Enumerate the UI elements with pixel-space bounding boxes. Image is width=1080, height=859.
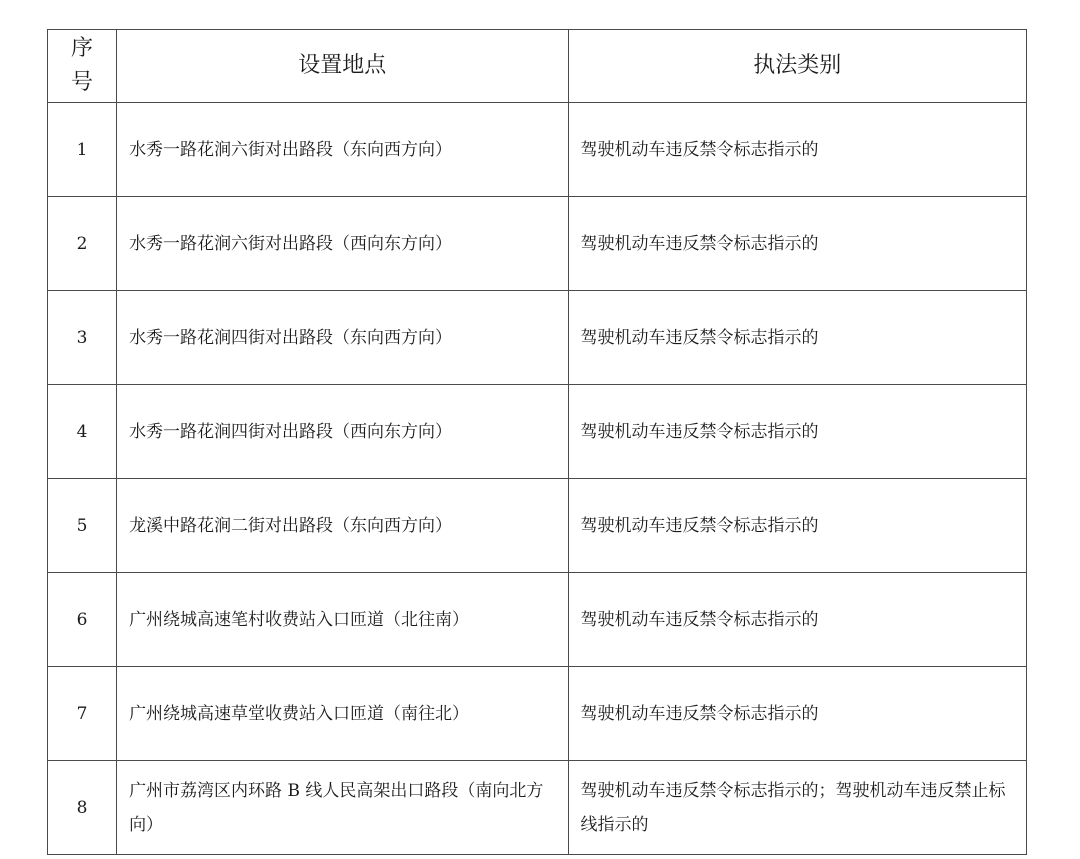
table-row: 8 广州市荔湾区内环路 B 线人民高架出口路段（南向北方向） 驾驶机动车违反禁令… [48, 761, 1027, 855]
row-location: 广州市荔湾区内环路 B 线人民高架出口路段（南向北方向） [117, 761, 568, 855]
header-index-line1: 序 [48, 32, 116, 66]
header-category: 执法类别 [568, 30, 1026, 103]
row-category: 驾驶机动车违反禁令标志指示的 [568, 103, 1026, 197]
header-index-line2: 号 [48, 66, 116, 100]
row-category: 驾驶机动车违反禁令标志指示的 [568, 291, 1026, 385]
table-row: 1 水秀一路花涧六街对出路段（东向西方向） 驾驶机动车违反禁令标志指示的 [48, 103, 1027, 197]
table-row: 6 广州绕城高速笔村收费站入口匝道（北往南） 驾驶机动车违反禁令标志指示的 [48, 573, 1027, 667]
row-category: 驾驶机动车违反禁令标志指示的 [568, 573, 1026, 667]
table-row: 3 水秀一路花涧四街对出路段（东向西方向） 驾驶机动车违反禁令标志指示的 [48, 291, 1027, 385]
header-location: 设置地点 [117, 30, 568, 103]
row-location: 水秀一路花涧六街对出路段（西向东方向） [117, 197, 568, 291]
row-category: 驾驶机动车违反禁令标志指示的；驾驶机动车违反禁止标线指示的 [568, 761, 1026, 855]
row-index: 3 [48, 291, 117, 385]
row-index: 6 [48, 573, 117, 667]
row-category: 驾驶机动车违反禁令标志指示的 [568, 385, 1026, 479]
row-index: 5 [48, 479, 117, 573]
enforcement-locations-table: 序 号 设置地点 执法类别 1 水秀一路花涧六街对出路段（东向西方向） 驾驶机动… [47, 29, 1027, 855]
table-row: 2 水秀一路花涧六街对出路段（西向东方向） 驾驶机动车违反禁令标志指示的 [48, 197, 1027, 291]
row-index: 2 [48, 197, 117, 291]
row-index: 1 [48, 103, 117, 197]
row-location: 广州绕城高速笔村收费站入口匝道（北往南） [117, 573, 568, 667]
row-category: 驾驶机动车违反禁令标志指示的 [568, 197, 1026, 291]
table-row: 7 广州绕城高速草堂收费站入口匝道（南往北） 驾驶机动车违反禁令标志指示的 [48, 667, 1027, 761]
row-category: 驾驶机动车违反禁令标志指示的 [568, 479, 1026, 573]
header-index: 序 号 [48, 30, 117, 103]
row-category: 驾驶机动车违反禁令标志指示的 [568, 667, 1026, 761]
row-location: 水秀一路花涧四街对出路段（西向东方向） [117, 385, 568, 479]
row-index: 8 [48, 761, 117, 855]
table-row: 4 水秀一路花涧四街对出路段（西向东方向） 驾驶机动车违反禁令标志指示的 [48, 385, 1027, 479]
table-row: 5 龙溪中路花涧二街对出路段（东向西方向） 驾驶机动车违反禁令标志指示的 [48, 479, 1027, 573]
row-location: 水秀一路花涧四街对出路段（东向西方向） [117, 291, 568, 385]
row-location: 广州绕城高速草堂收费站入口匝道（南往北） [117, 667, 568, 761]
table-header-row: 序 号 设置地点 执法类别 [48, 30, 1027, 103]
row-location: 龙溪中路花涧二街对出路段（东向西方向） [117, 479, 568, 573]
row-index: 4 [48, 385, 117, 479]
row-location: 水秀一路花涧六街对出路段（东向西方向） [117, 103, 568, 197]
row-index: 7 [48, 667, 117, 761]
